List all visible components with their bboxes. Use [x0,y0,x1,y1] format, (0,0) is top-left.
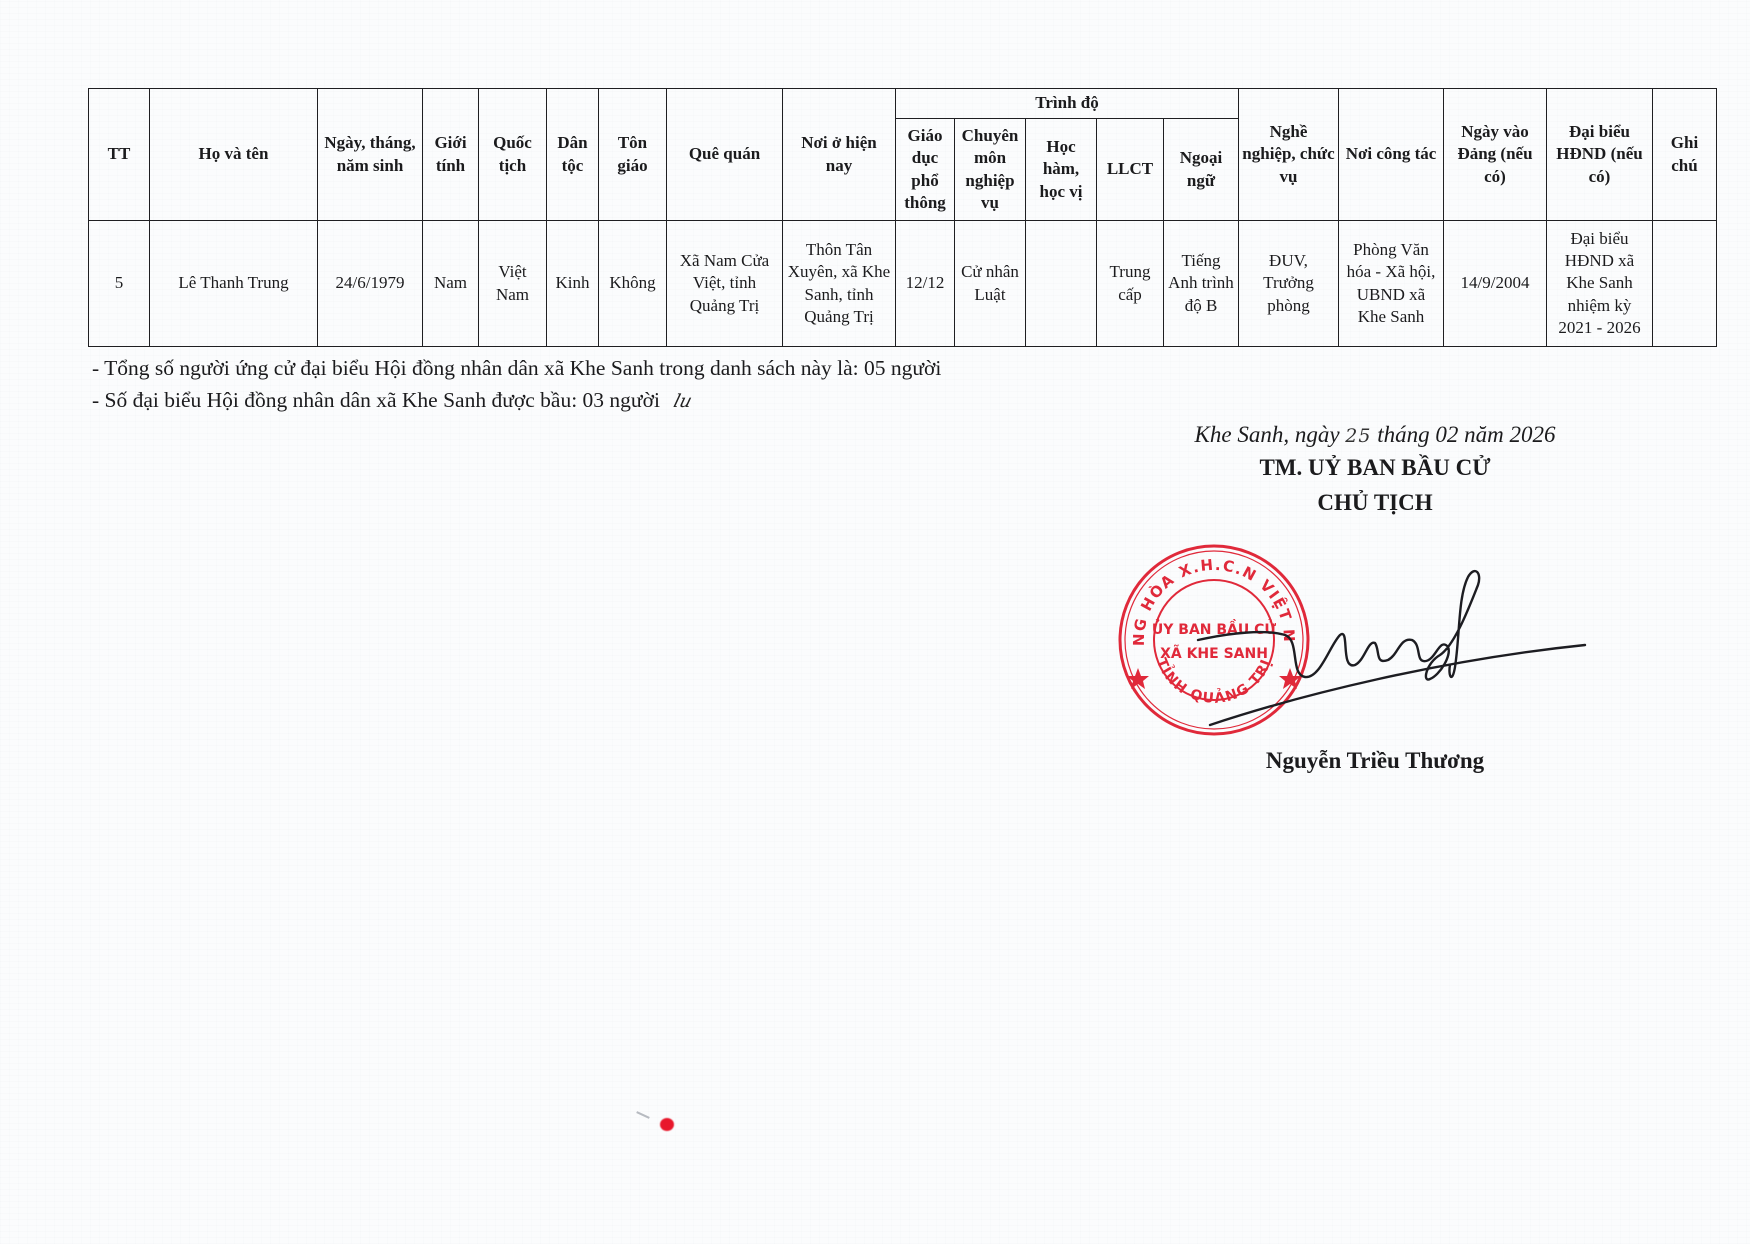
note-total-candidates: - Tổng số người ứng cử đại biểu Hội đồng… [92,352,941,384]
header-hometown: Quê quán [667,89,783,221]
header-birth-date: Ngày, tháng, năm sinh [318,89,423,221]
cell-professional: Cử nhân Luật [955,221,1026,347]
date-prefix: Khe Sanh, ngày [1195,422,1346,447]
header-party-join-date: Ngày vào Đảng (nếu có) [1444,89,1547,221]
date-suffix: tháng 02 năm 2026 [1371,422,1555,447]
handwritten-signature-icon [1190,555,1590,745]
header-foreign-language: Ngoại ngữ [1164,119,1239,221]
cell-occupation: ĐUV, Trưởng phòng [1239,221,1339,347]
place-date: Khe Sanh, ngày 25 tháng 02 năm 2026 [1140,420,1610,451]
cell-general-education: 12/12 [896,221,955,347]
cell-birth-date: 24/6/1979 [318,221,423,347]
cell-council-delegate: Đại biểu HĐND xã Khe Sanh nhiệm kỳ 2021 … [1547,221,1653,347]
cell-full-name: Lê Thanh Trung [150,221,318,347]
header-academic-title: Học hàm, học vị [1026,119,1097,221]
signer-title: CHỦ TỊCH [1140,485,1610,521]
cell-nationality: Việt Nam [479,221,547,347]
candidate-table: TT Họ và tên Ngày, tháng, năm sinh Giới … [88,88,1717,347]
cell-academic-title [1026,221,1097,347]
header-qualification-group: Trình độ [896,89,1239,119]
note-seats-elected: - Số đại biểu Hội đồng nhân dân xã Khe S… [92,384,941,418]
cell-political-theory: Trung cấp [1097,221,1164,347]
header-notes: Ghi chú [1653,89,1717,221]
header-council-delegate: Đại biểu HĐND (nếu có) [1547,89,1653,221]
cell-hometown: Xã Nam Cửa Việt, tỉnh Quảng Trị [667,221,783,347]
ink-blot [660,1118,674,1131]
header-residence: Nơi ở hiện nay [783,89,896,221]
signature-block: Khe Sanh, ngày 25 tháng 02 năm 2026 TM. … [1140,420,1610,521]
cell-ethnicity: Kinh [547,221,599,347]
cell-tt: 5 [89,221,150,347]
cell-residence: Thôn Tân Xuyên, xã Khe Sanh, tỉnh Quảng … [783,221,896,347]
note-seats-elected-text: - Số đại biểu Hội đồng nhân dân xã Khe S… [92,388,660,412]
cell-foreign-language: Tiếng Anh trình độ B [1164,221,1239,347]
header-professional: Chuyên môn nghiệp vụ [955,119,1026,221]
header-political-theory: LLCT [1097,119,1164,221]
table-row: 5 Lê Thanh Trung 24/6/1979 Nam Việt Nam … [89,221,1717,347]
stray-mark [636,1111,650,1119]
header-workplace: Nơi công tác [1339,89,1444,221]
organization-heading: TM. UỶ BAN BẦU CỬ [1140,451,1610,485]
signer-name: Nguyễn Triều Thương [1150,748,1600,774]
cell-workplace: Phòng Văn hóa - Xã hội, UBND xã Khe Sanh [1339,221,1444,347]
handwritten-day: 25 [1345,425,1371,447]
header-tt: TT [89,89,150,221]
header-religion: Tôn giáo [599,89,667,221]
cell-notes [1653,221,1717,347]
handwritten-initials: lu [670,386,696,418]
cell-religion: Không [599,221,667,347]
summary-notes: - Tổng số người ứng cử đại biểu Hội đồng… [92,352,941,418]
header-row-top: TT Họ và tên Ngày, tháng, năm sinh Giới … [89,89,1717,119]
cell-party-join-date: 14/9/2004 [1444,221,1547,347]
cell-gender: Nam [423,221,479,347]
header-general-education: Giáo dục phổ thông [896,119,955,221]
header-nationality: Quốc tịch [479,89,547,221]
header-full-name: Họ và tên [150,89,318,221]
header-gender: Giới tính [423,89,479,221]
header-ethnicity: Dân tộc [547,89,599,221]
header-occupation: Nghề nghiệp, chức vụ [1239,89,1339,221]
